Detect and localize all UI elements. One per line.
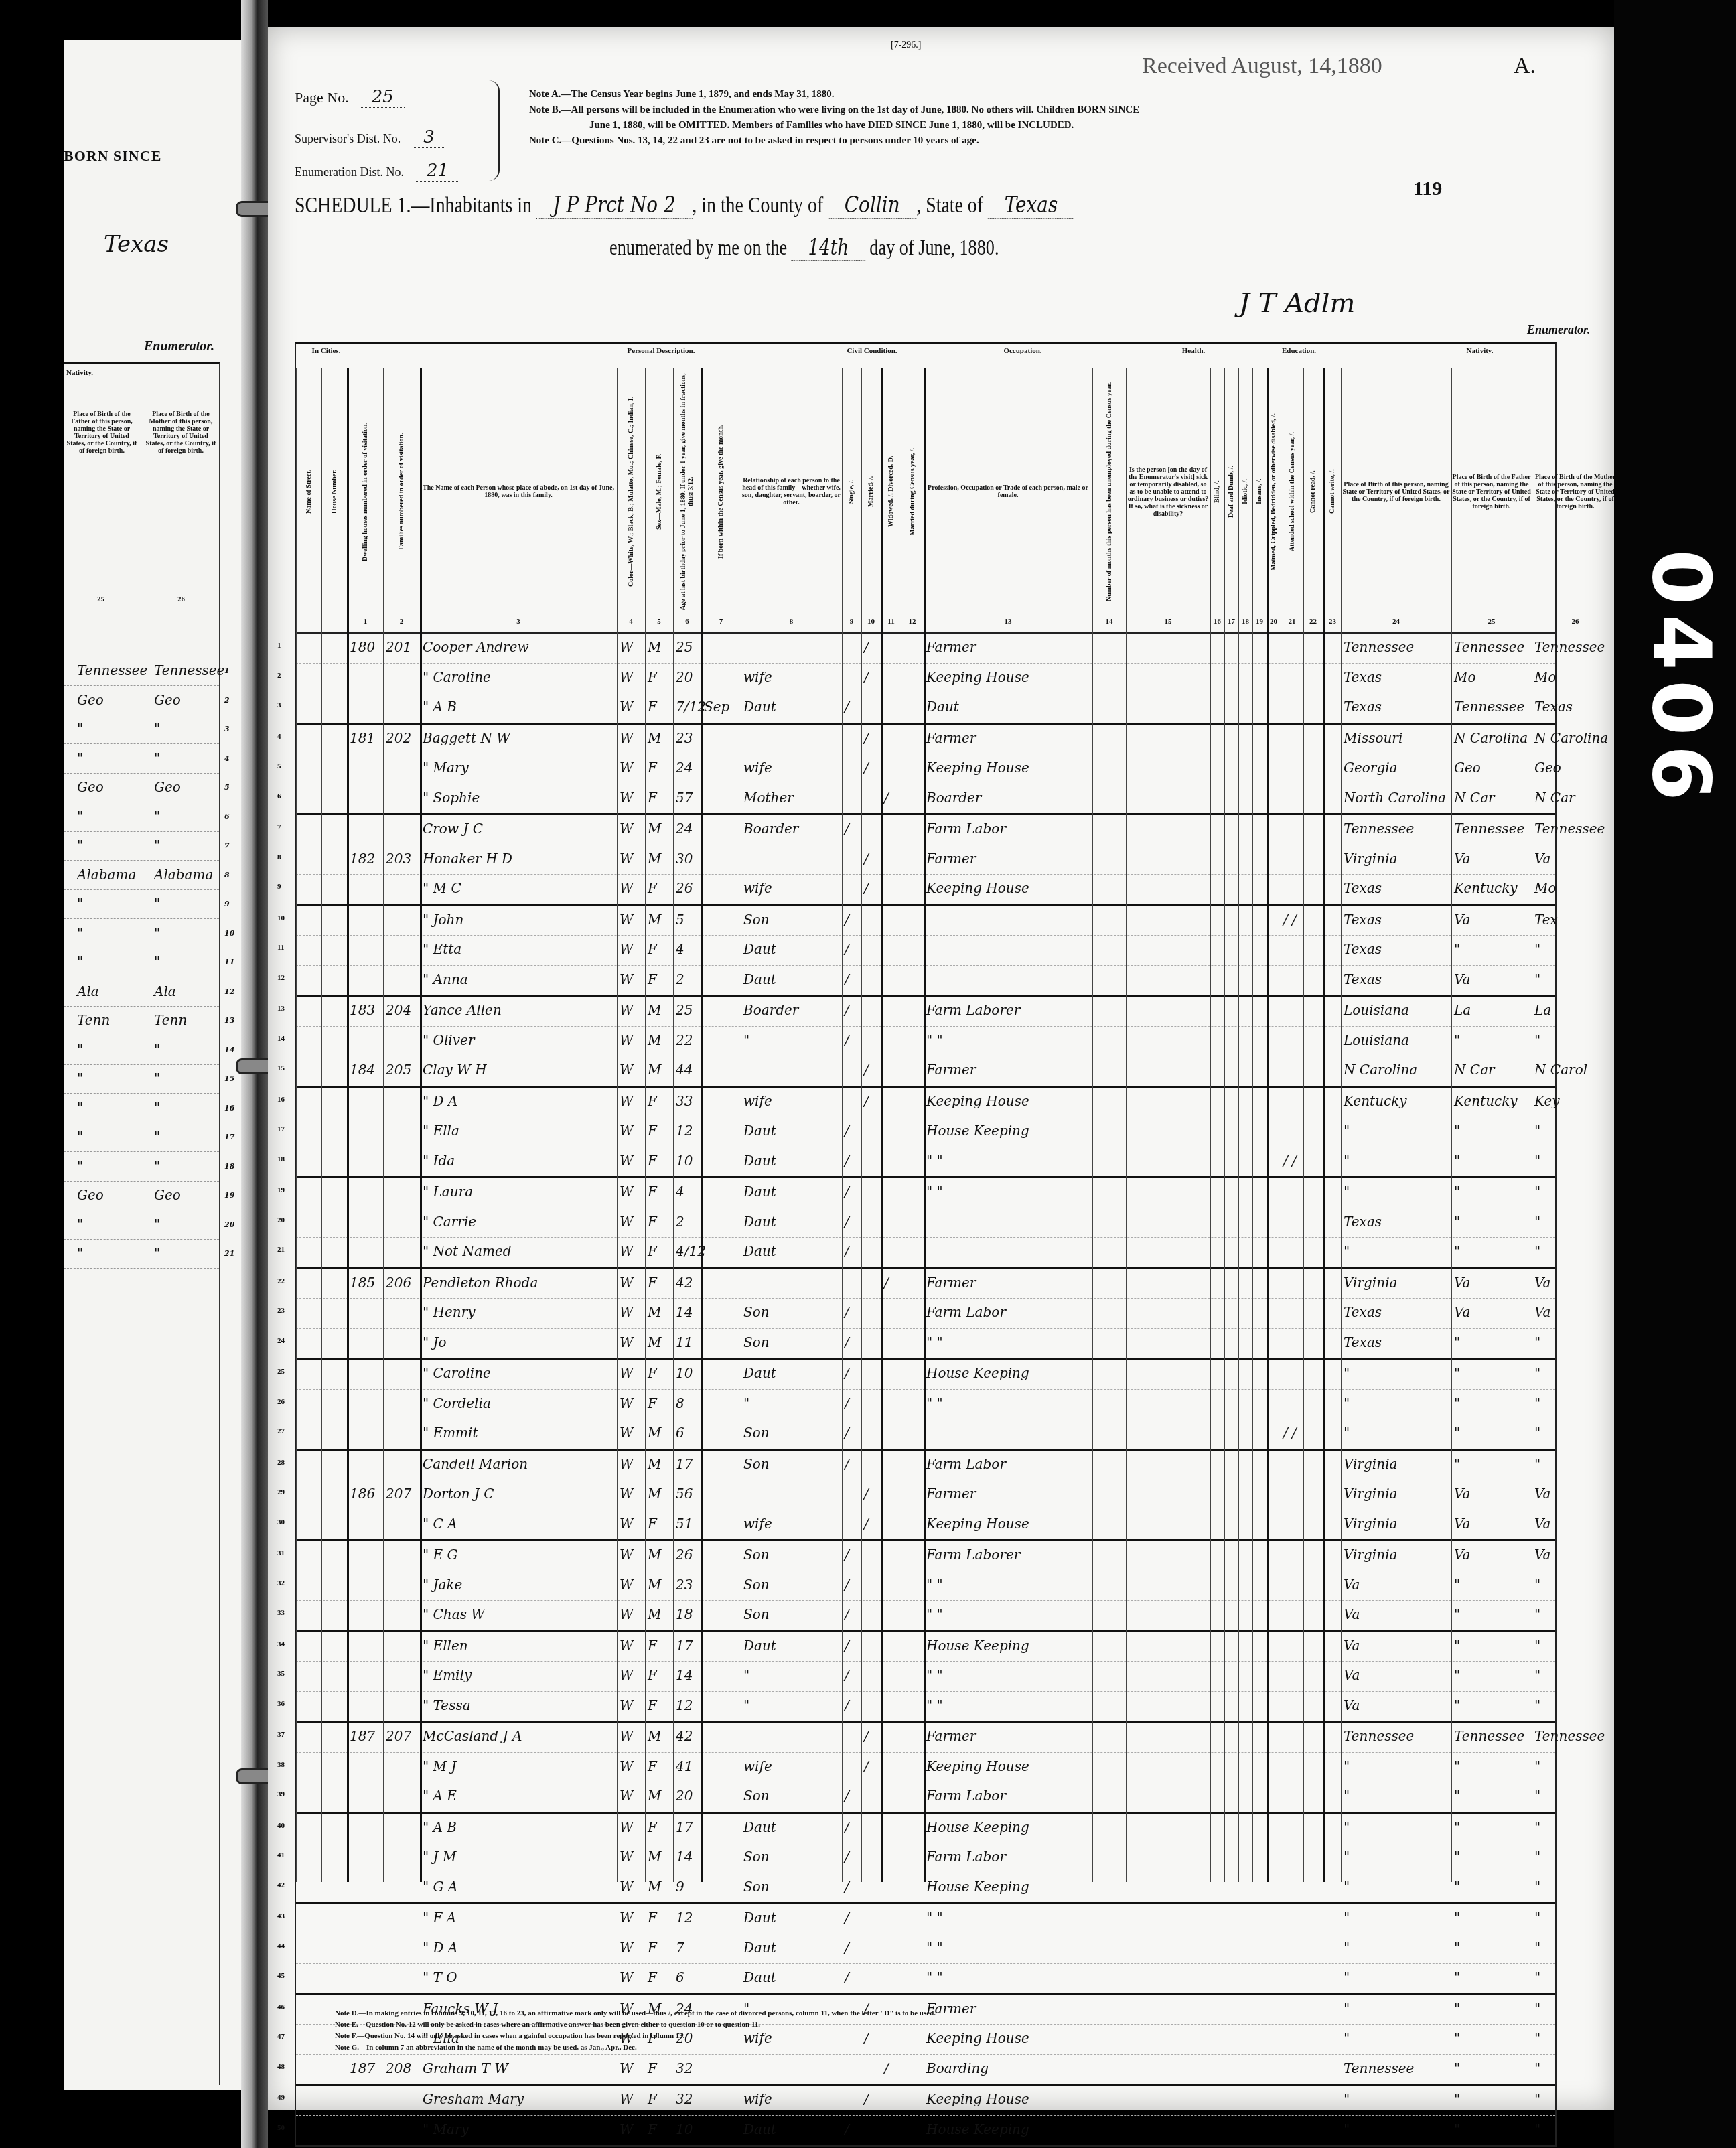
cell-father: Kentucky bbox=[1454, 1093, 1518, 1109]
cell-mother: N Car bbox=[1534, 790, 1575, 806]
cell-mother: " bbox=[1534, 1243, 1540, 1259]
column-number: 6 bbox=[673, 618, 701, 626]
column-divider bbox=[1126, 368, 1127, 1882]
cell-line: 45 bbox=[277, 1972, 285, 1980]
cell-mother: " bbox=[1534, 1184, 1540, 1200]
cell-single: / bbox=[845, 1638, 849, 1654]
cell-age: 26 bbox=[676, 880, 693, 896]
cell-mother: " bbox=[1534, 2121, 1540, 2137]
cell-single: / bbox=[845, 1243, 849, 1259]
left-cell-father: " bbox=[77, 1042, 83, 1058]
cell-age: 6 bbox=[676, 1425, 684, 1441]
cell-age: 41 bbox=[676, 1758, 693, 1774]
page-number-value: 25 bbox=[361, 87, 405, 108]
table-row: 45" T OWF6Daut/" """" bbox=[296, 1964, 1555, 1995]
cell-dwelling: 183 bbox=[350, 1002, 375, 1018]
left-table-row: AlaAla12 bbox=[64, 979, 219, 1007]
column-divider bbox=[861, 368, 862, 1882]
corner-letter: A. bbox=[1514, 54, 1536, 79]
cell-age: 42 bbox=[676, 1728, 693, 1744]
left-line-number: 16 bbox=[224, 1104, 234, 1113]
cell-single: / bbox=[845, 1304, 849, 1320]
column-number: 2 bbox=[383, 618, 420, 626]
left-line-number: 15 bbox=[224, 1074, 234, 1083]
column-header: Dwelling houses numbered in order of vis… bbox=[347, 371, 384, 612]
cell-name: " M C bbox=[423, 880, 461, 896]
cell-occupation: House Keeping bbox=[926, 1365, 1029, 1381]
cell-mother: N Carol bbox=[1534, 1062, 1587, 1078]
cell-occupation: Farmer bbox=[926, 1275, 976, 1291]
state-label: , State of bbox=[916, 193, 983, 218]
left-nativity-table: Nativity. Place of Birth of the Father o… bbox=[64, 362, 220, 2085]
table-row: 50" MaryWF10Daut/House Keeping""" bbox=[296, 2116, 1555, 2146]
cell-sex: F bbox=[648, 941, 657, 957]
left-cell-father: " bbox=[77, 808, 83, 825]
left-table-row: TennTenn13 bbox=[64, 1008, 219, 1035]
left-cell-father: " bbox=[77, 925, 83, 941]
cell-single: / bbox=[845, 1214, 849, 1230]
cell-occupation: " " bbox=[926, 1334, 943, 1350]
column-number: 20 bbox=[1267, 618, 1281, 626]
left-table-row: ""18 bbox=[64, 1154, 219, 1182]
cell-birth: Va bbox=[1344, 1577, 1360, 1593]
cell-single: / bbox=[845, 1910, 849, 1926]
cell-mother: Geo bbox=[1534, 760, 1561, 776]
cell-birth: " bbox=[1344, 1819, 1350, 1835]
cell-mother: " bbox=[1534, 1425, 1540, 1441]
cell-line: 13 bbox=[277, 1005, 285, 1013]
cell-father: Va bbox=[1454, 851, 1471, 867]
cell-sex: M bbox=[648, 820, 661, 837]
cell-name: " Cordelia bbox=[423, 1395, 491, 1411]
cell-occupation: " " bbox=[926, 1577, 943, 1593]
supervisor-district-label: Supervisor's Dist. No. bbox=[295, 132, 401, 145]
column-divider bbox=[321, 368, 322, 1882]
cell-color: W bbox=[620, 1243, 634, 1259]
cell-line: 9 bbox=[277, 883, 281, 891]
cell-dwelling: 187 bbox=[350, 1728, 375, 1744]
table-row: 39" A EWM20Son/Farm Labor""" bbox=[296, 1782, 1555, 1814]
cell-father: Mo bbox=[1454, 669, 1476, 685]
cell-father: " bbox=[1454, 1153, 1460, 1169]
cell-mother: " bbox=[1534, 1395, 1540, 1411]
cell-occupation: House Keeping bbox=[926, 1819, 1029, 1835]
cell-sex: M bbox=[648, 1334, 661, 1350]
page-number-label: Page No. bbox=[295, 89, 349, 106]
column-divider bbox=[1451, 368, 1452, 1882]
cell-occupation: " " bbox=[926, 1606, 943, 1622]
cell-birth: Texas bbox=[1344, 1304, 1382, 1320]
cell-line: 19 bbox=[277, 1186, 285, 1194]
cell-color: W bbox=[620, 1547, 634, 1563]
cell-family: 205 bbox=[386, 1062, 411, 1078]
cell-occupation: " " bbox=[926, 1910, 943, 1926]
cell-line: 1 bbox=[277, 642, 281, 650]
cell-mother: " bbox=[1534, 2091, 1540, 2107]
cell-sex: F bbox=[648, 1697, 657, 1713]
cell-relation: Son bbox=[743, 1547, 770, 1563]
left-cell-father: " bbox=[77, 1100, 83, 1116]
cell-mother: Key bbox=[1534, 1093, 1560, 1109]
cell-sex: F bbox=[648, 760, 657, 776]
cell-birth: N Carolina bbox=[1344, 1062, 1417, 1078]
cell-line: 17 bbox=[277, 1125, 285, 1133]
cell-mother: " bbox=[1534, 2060, 1540, 2076]
cell-line: 41 bbox=[277, 1851, 285, 1859]
cell-age: 2 bbox=[676, 1214, 684, 1230]
cell-line: 40 bbox=[277, 1822, 285, 1830]
cell-married: / bbox=[864, 1062, 869, 1078]
table-row: 9" M CWF26wife/Keeping HouseTexasKentuck… bbox=[296, 875, 1555, 906]
cell-color: W bbox=[620, 1577, 634, 1593]
column-number: 17 bbox=[1224, 618, 1238, 626]
cell-single: / bbox=[845, 1667, 849, 1683]
cell-dwelling: 187 bbox=[350, 2060, 375, 2076]
frame-number: 0406 bbox=[1634, 549, 1727, 810]
cell-married: / bbox=[864, 730, 869, 746]
cell-sex: M bbox=[648, 1788, 661, 1804]
cell-color: W bbox=[620, 1486, 634, 1502]
cell-dwelling: 181 bbox=[350, 730, 375, 746]
cell-father: " bbox=[1454, 1032, 1460, 1048]
schedule-title: SCHEDULE 1.—Inhabitants in J P Prct No 2… bbox=[295, 192, 1074, 218]
cell-relation: Boarder bbox=[743, 1002, 798, 1018]
cell-occupation: " " bbox=[926, 1697, 943, 1713]
cell-age: 33 bbox=[676, 1093, 693, 1109]
note-d: Note D.—In making entries in columns 9, … bbox=[335, 2008, 936, 2019]
cell-line: 47 bbox=[277, 2033, 285, 2041]
column-number: 12 bbox=[901, 618, 924, 626]
cell-occupation: Farm Labor bbox=[926, 820, 1006, 837]
cell-father: " bbox=[1454, 2030, 1460, 2046]
cell-birth: Texas bbox=[1344, 912, 1382, 928]
cell-line: 16 bbox=[277, 1096, 285, 1104]
cell-age: 17 bbox=[676, 1456, 693, 1472]
cell-mother: Va bbox=[1534, 1547, 1551, 1563]
cell-sex: F bbox=[648, 2060, 657, 2076]
cell-relation: Son bbox=[743, 1577, 770, 1593]
cell-birth: " bbox=[1344, 1153, 1350, 1169]
cell-sex: F bbox=[648, 1910, 657, 1926]
cell-name: Gresham Mary bbox=[423, 2091, 524, 2107]
left-table-row: AlabamaAlabama8 bbox=[64, 863, 219, 890]
cell-sex: F bbox=[648, 790, 657, 806]
cell-color: W bbox=[620, 1879, 634, 1895]
group-header: Personal Description. bbox=[618, 347, 705, 355]
cell-father: " bbox=[1454, 2060, 1460, 2076]
left-cell-mother: Alabama bbox=[154, 867, 213, 883]
table-row: 20" CarrieWF2Daut/Texas"" bbox=[296, 1208, 1555, 1238]
cell-occupation: Keeping House bbox=[926, 1516, 1029, 1532]
cell-birth: Virginia bbox=[1344, 1486, 1397, 1502]
cell-color: W bbox=[620, 699, 634, 715]
cell-sex: F bbox=[648, 669, 657, 685]
table-row: 48187208Graham T WWF32/BoardingTennessee… bbox=[296, 2055, 1555, 2086]
cell-color: W bbox=[620, 1516, 634, 1532]
cell-name: " C A bbox=[423, 1516, 457, 1532]
left-line-number: 12 bbox=[224, 987, 234, 996]
cell-occupation: " " bbox=[926, 1184, 943, 1200]
cell-age: 4 bbox=[676, 941, 684, 957]
column-number: 25 bbox=[1451, 618, 1532, 626]
column-number: 26 bbox=[1532, 618, 1619, 626]
cell-sex: F bbox=[648, 1275, 657, 1291]
cell-occupation: Boarder bbox=[926, 790, 981, 806]
cell-relation: Son bbox=[743, 912, 770, 928]
cell-age: 14 bbox=[676, 1667, 693, 1683]
cell-widowed: / bbox=[884, 790, 889, 806]
cell-color: W bbox=[620, 669, 634, 685]
column-divider bbox=[1303, 368, 1304, 1882]
cell-birth: Texas bbox=[1344, 941, 1382, 957]
cell-relation: Daut bbox=[743, 971, 776, 987]
cell-single: / bbox=[845, 1425, 849, 1441]
cell-relation: Son bbox=[743, 1606, 770, 1622]
table-row: 21" Not NamedWF4/12Daut/""" bbox=[296, 1238, 1555, 1269]
group-header: Health. bbox=[1127, 347, 1260, 355]
cell-line: 29 bbox=[277, 1488, 285, 1496]
cell-married: / bbox=[864, 2091, 869, 2107]
cell-color: W bbox=[620, 760, 634, 776]
cell-father: " bbox=[1454, 1243, 1460, 1259]
cell-color: W bbox=[620, 1153, 634, 1169]
cell-birth: " bbox=[1344, 1849, 1350, 1865]
footer-notes: Note D.—In making entries in columns 9, … bbox=[335, 2008, 936, 2054]
cell-married: / bbox=[864, 1516, 869, 1532]
cell-color: W bbox=[620, 1365, 634, 1381]
cell-relation: Son bbox=[743, 1425, 770, 1441]
left-cell-father: " bbox=[77, 1158, 83, 1174]
cell-line: 44 bbox=[277, 1942, 285, 1950]
cell-age: 6 bbox=[676, 1969, 684, 1985]
table-row: 24" JoWM11Son/" "Texas"" bbox=[296, 1329, 1555, 1360]
cell-sex: F bbox=[648, 1940, 657, 1956]
left-state-handwritten: Texas bbox=[104, 231, 169, 258]
cell-line: 26 bbox=[277, 1398, 285, 1406]
cell-relation: Daut bbox=[743, 1184, 776, 1200]
cell-father: Va bbox=[1454, 912, 1471, 928]
cell-married: / bbox=[864, 1093, 869, 1109]
column-header: The Name of each Person whose place of a… bbox=[420, 371, 617, 612]
cell-occupation: Farmer bbox=[926, 639, 976, 655]
column-divider bbox=[383, 368, 384, 1882]
cell-occupation: " " bbox=[926, 1153, 943, 1169]
column-number: 9 bbox=[842, 618, 861, 626]
cell-birth: Tennessee bbox=[1344, 1728, 1414, 1744]
cell-single: / bbox=[845, 1697, 849, 1713]
cell-age: 25 bbox=[676, 639, 693, 655]
cell-relation: Son bbox=[743, 1849, 770, 1865]
cell-father: " bbox=[1454, 1758, 1460, 1774]
column-header: Cannot read, /. bbox=[1303, 371, 1323, 612]
cell-sex: M bbox=[648, 1879, 661, 1895]
cell-line: 37 bbox=[277, 1731, 285, 1739]
cell-line: 39 bbox=[277, 1790, 285, 1798]
cell-occupation: House Keeping bbox=[926, 2121, 1029, 2137]
cell-age: 10 bbox=[676, 2121, 693, 2137]
cell-mother: " bbox=[1534, 1123, 1540, 1139]
cell-name: Crow J C bbox=[423, 820, 483, 837]
column-divider bbox=[347, 368, 349, 1882]
cell-name: Clay W H bbox=[423, 1062, 487, 1078]
table-row: 34" EllenWF17Daut/House KeepingVa"" bbox=[296, 1632, 1555, 1662]
cell-relation: Daut bbox=[743, 1969, 776, 1985]
column-header: Widowed, /. Divorced, D. bbox=[881, 371, 901, 612]
left-cell-father: Ala bbox=[77, 983, 99, 999]
cell-married: / bbox=[864, 1486, 869, 1502]
table-row: 17" EllaWF12Daut/House Keeping""" bbox=[296, 1117, 1555, 1147]
left-col-25-number: 25 bbox=[97, 595, 104, 603]
cell-color: W bbox=[620, 1697, 634, 1713]
cell-married: / bbox=[864, 1728, 869, 1744]
cell-name: " Jake bbox=[423, 1577, 462, 1593]
column-header: Maimed, Crippled, Bedridden, or otherwis… bbox=[1267, 371, 1281, 612]
left-cell-mother: " bbox=[154, 954, 160, 970]
cell-age: 32 bbox=[676, 2091, 693, 2107]
cell-name: " Ella bbox=[423, 1123, 459, 1139]
cell-single: / bbox=[845, 699, 849, 715]
cell-birth: " bbox=[1344, 1184, 1350, 1200]
left-table-row: ""17 bbox=[64, 1125, 219, 1152]
cell-line: 42 bbox=[277, 1881, 285, 1889]
cell-color: W bbox=[620, 730, 634, 746]
group-header: Civil Condition. bbox=[842, 347, 902, 355]
cell-relation: Son bbox=[743, 1334, 770, 1350]
table-row: 37187207McCasland J AWM42/FarmerTennesse… bbox=[296, 1723, 1555, 1753]
cell-mother: Va bbox=[1534, 1516, 1551, 1532]
cell-relation: Daut bbox=[743, 2121, 776, 2137]
cell-occupation: Farmer bbox=[926, 1486, 976, 1502]
cell-name: " Caroline bbox=[423, 669, 491, 685]
cell-father: Va bbox=[1454, 1516, 1471, 1532]
left-table-row: ""6 bbox=[64, 804, 219, 832]
cell-name: Pendleton Rhoda bbox=[423, 1275, 538, 1291]
cell-relation: " bbox=[743, 1697, 749, 1713]
cell-single: / bbox=[845, 1395, 849, 1411]
cell-age: 32 bbox=[676, 2060, 693, 2076]
note-b: Note B.—All persons will be included in … bbox=[529, 102, 1139, 118]
column-divider bbox=[1323, 368, 1325, 1882]
cell-relation: Son bbox=[743, 1304, 770, 1320]
table-row: 30" C AWF51wife/Keeping HouseVirginiaVaV… bbox=[296, 1510, 1555, 1542]
cell-line: 27 bbox=[277, 1427, 285, 1435]
left-table-row: ""11 bbox=[64, 950, 219, 977]
cell-birth: Tennessee bbox=[1344, 639, 1414, 655]
cell-color: W bbox=[620, 1849, 634, 1865]
cell-occupation: Keeping House bbox=[926, 669, 1029, 685]
cell-relation: Mother bbox=[743, 790, 794, 806]
cell-relation: Daut bbox=[743, 1153, 776, 1169]
cell-line: 32 bbox=[277, 1579, 285, 1587]
cell-birth: " bbox=[1344, 1395, 1350, 1411]
left-line-number: 1 bbox=[224, 666, 230, 675]
cell-father: " bbox=[1454, 2121, 1460, 2137]
cell-age: 14 bbox=[676, 1849, 693, 1865]
cell-age: 24 bbox=[676, 820, 693, 837]
table-row: 19" LauraWF4Daut/" """" bbox=[296, 1178, 1555, 1208]
cell-line: 15 bbox=[277, 1064, 285, 1072]
table-row: 1180201Cooper AndrewWM25/FarmerTennessee… bbox=[296, 634, 1555, 664]
cell-name: " Sophie bbox=[423, 790, 480, 806]
form-code: [7-296.] bbox=[891, 40, 922, 51]
column-number: 11 bbox=[881, 618, 901, 626]
cell-birth: Virginia bbox=[1344, 1456, 1397, 1472]
cell-occupation: Keeping House bbox=[926, 2030, 1029, 2046]
column-header: Place of Birth of the Mother of this per… bbox=[1532, 371, 1619, 612]
cell-age: 12 bbox=[676, 1123, 693, 1139]
cell-occupation: Farm Labor bbox=[926, 1849, 1006, 1865]
cell-birth: " bbox=[1344, 1123, 1350, 1139]
cell-name: " Jo bbox=[423, 1334, 447, 1350]
cell-sex: F bbox=[648, 1365, 657, 1381]
table-row: 29186207Dorton J CWM56/FarmerVirginiaVaV… bbox=[296, 1480, 1555, 1510]
column-number: 7 bbox=[701, 618, 741, 626]
cell-mother: N Carolina bbox=[1534, 730, 1608, 746]
cell-mother: La bbox=[1534, 1002, 1551, 1018]
cell-line: 11 bbox=[277, 944, 284, 952]
left-table-row: ""3 bbox=[64, 717, 219, 744]
left-col-26-number: 26 bbox=[177, 595, 185, 603]
cell-color: W bbox=[620, 2121, 634, 2137]
table-row: 43" F AWF12Daut/" """" bbox=[296, 1904, 1555, 1934]
cell-line: 36 bbox=[277, 1700, 285, 1708]
cell-mother: " bbox=[1534, 971, 1540, 987]
cell-birth: Texas bbox=[1344, 1214, 1382, 1230]
cell-birth: North Carolina bbox=[1344, 790, 1446, 806]
cell-occupation: Farmer bbox=[926, 730, 976, 746]
cell-color: W bbox=[620, 1334, 634, 1350]
left-cell-mother: " bbox=[154, 1042, 160, 1058]
schedule-prefix: SCHEDULE 1.—Inhabitants in bbox=[295, 193, 532, 218]
cell-occupation: Farm Laborer bbox=[926, 1002, 1020, 1018]
cell-occupation: Farm Labor bbox=[926, 1304, 1006, 1320]
cell-father: " bbox=[1454, 1849, 1460, 1865]
enumerator-signature: J T Adlm bbox=[1239, 288, 1355, 319]
cell-mother: Mo bbox=[1534, 880, 1557, 896]
cell-birth: Va bbox=[1344, 1667, 1360, 1683]
cell-father: Tennessee bbox=[1454, 699, 1524, 715]
cell-name: Cooper Andrew bbox=[423, 639, 529, 655]
left-table-row: ""10 bbox=[64, 921, 219, 948]
cell-sex: F bbox=[648, 1184, 657, 1200]
cell-occupation: House Keeping bbox=[926, 1879, 1029, 1895]
cell-dwelling: 186 bbox=[350, 1486, 375, 1502]
cell-age: 25 bbox=[676, 1002, 693, 1018]
cell-birth: Va bbox=[1344, 1638, 1360, 1654]
cell-line: 7 bbox=[277, 823, 281, 831]
cell-mother: Tennessee bbox=[1534, 639, 1605, 655]
cell-occupation: Farmer bbox=[926, 1728, 976, 1744]
cell-father: La bbox=[1454, 1002, 1471, 1018]
cell-color: W bbox=[620, 790, 634, 806]
cell-occupation: Daut bbox=[926, 699, 959, 715]
cell-name: " Anna bbox=[423, 971, 468, 987]
cell-birth: Va bbox=[1344, 1606, 1360, 1622]
cell-father: Tennessee bbox=[1454, 820, 1524, 837]
left-header-fragment: BORN SINCE bbox=[64, 147, 161, 165]
cell-relation: Daut bbox=[743, 1243, 776, 1259]
left-line-number: 5 bbox=[224, 783, 230, 792]
cell-single: / bbox=[845, 1123, 849, 1139]
column-divider bbox=[1267, 368, 1269, 1882]
cell-line: 30 bbox=[277, 1518, 285, 1526]
cell-single: / bbox=[845, 1456, 849, 1472]
cell-sex: F bbox=[648, 971, 657, 987]
cell-dwelling: 182 bbox=[350, 851, 375, 867]
cell-single: / bbox=[845, 941, 849, 957]
table-row: 36" TessaWF12"/" "Va"" bbox=[296, 1692, 1555, 1723]
left-col-26-header: Place of Birth of the Mother of this per… bbox=[144, 411, 218, 455]
